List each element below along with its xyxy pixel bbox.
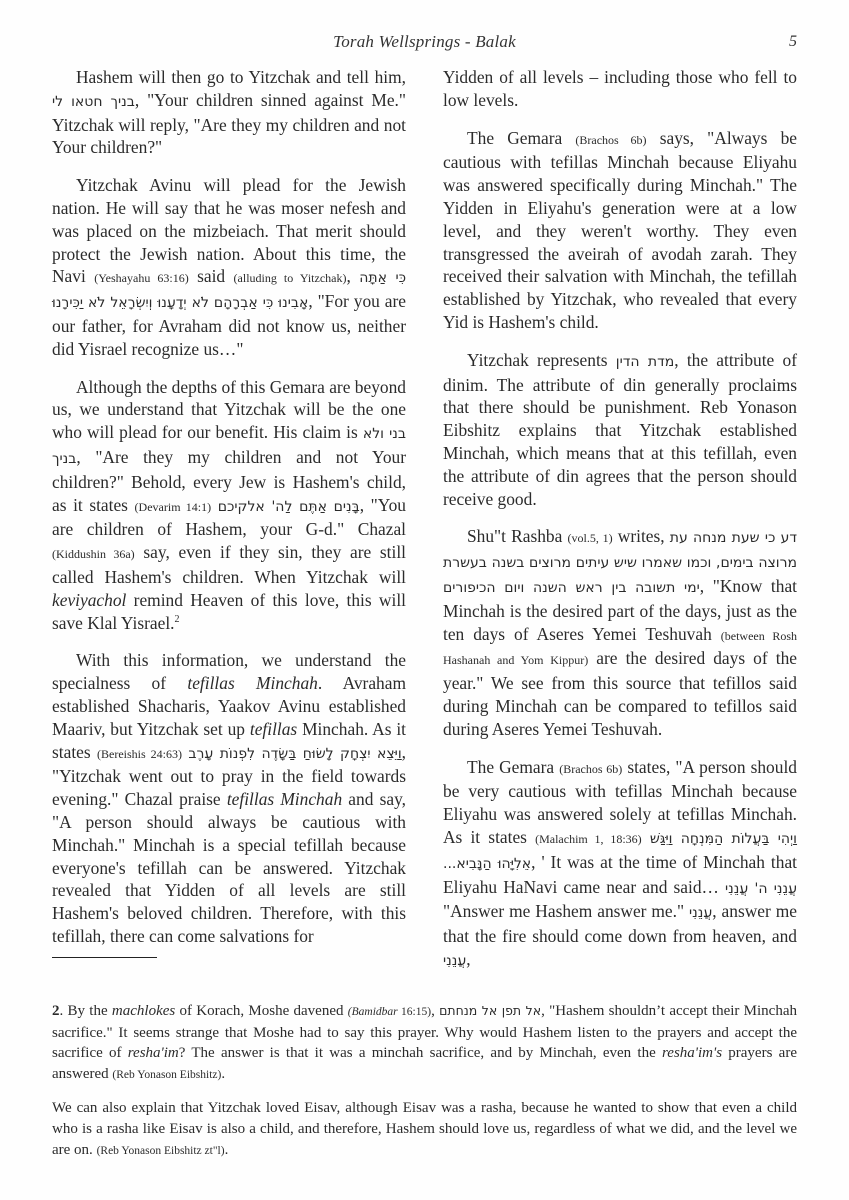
source-citation: (Kiddushin 36a) (52, 547, 135, 561)
source-citation: (Reb Yonason Eibshitz) (112, 1069, 221, 1081)
left-column: Hashem will then go to Yitzchak and tell… (52, 66, 406, 963)
text (211, 495, 218, 515)
text: Yidden of all levels – including those w… (443, 67, 797, 110)
hebrew-quote: בניך חטאו לי (52, 94, 135, 110)
footnote-number: 2 (52, 1003, 60, 1019)
italic-term: resha'im (128, 1045, 179, 1061)
text (642, 827, 650, 847)
text: Yitzchak represents (467, 350, 616, 370)
text: The Gemara (467, 757, 559, 777)
text: and say, "A person should always be caut… (52, 789, 406, 946)
right-column: Yidden of all levels – including those w… (443, 66, 797, 988)
paragraph-continued: Yidden of all levels – including those w… (443, 66, 797, 112)
text: "Answer me Hashem answer me." (443, 901, 689, 921)
page-number: 5 (789, 33, 797, 51)
source-citation: (Brachos 6b) (575, 133, 646, 147)
text: , (347, 266, 360, 286)
footnotes: 2. By the machlokes of Korach, Moshe dav… (52, 1001, 797, 1174)
text: . By the (60, 1003, 112, 1019)
text: of Korach, Moshe davened (175, 1003, 348, 1019)
source-citation: (Reb Yonason Eibshitz zt"l) (97, 1145, 225, 1157)
paragraph: The Gemara (Brachos 6b) states, "A perso… (443, 756, 797, 973)
source-citation: (Brachos 6b) (559, 762, 622, 776)
running-header: Torah Wellsprings - Balak 5 (0, 30, 849, 54)
paragraph: With this information, we understand the… (52, 649, 406, 947)
text: Shu"t Rashba (467, 526, 568, 546)
text: , (431, 1003, 439, 1019)
hebrew-quote: עֲנֵנִי (689, 905, 712, 921)
text: writes, (613, 526, 670, 546)
hebrew-quote: מדת הדין (616, 354, 674, 370)
source-citation: (Devarim 14:1) (135, 500, 212, 514)
hebrew-quote: בָּנִים אַתֶּם לַה' אלקיכם (218, 499, 360, 515)
source-citation: (alluding to Yitzchak) (234, 271, 347, 285)
paragraph: Yitzchak Avinu will plead for the Jewish… (52, 174, 406, 360)
text: ? The answer is that it was a minchah sa… (179, 1045, 662, 1061)
italic-term: tefillas (250, 719, 297, 739)
footnote-2: 2. By the machlokes of Korach, Moshe dav… (52, 1001, 797, 1085)
source-citation: (Malachim 1, 18:36) (535, 832, 642, 846)
paragraph: Hashem will then go to Yitzchak and tell… (52, 66, 406, 159)
book-page: Torah Wellsprings - Balak 5 Hashem will … (0, 0, 849, 1200)
paragraph: The Gemara (Brachos 6b) says, "Always be… (443, 127, 797, 334)
text: Although the depths of this Gemara are b… (52, 377, 406, 443)
paragraph: Although the depths of this Gemara are b… (52, 376, 406, 635)
paragraph: Yitzchak represents מדת הדין, the attrib… (443, 349, 797, 511)
footnote-separator (52, 957, 157, 958)
hebrew-quote: עֲנֵנִי (443, 953, 466, 969)
source-citation: (Bereishis 24:63) (97, 747, 182, 761)
hebrew-quote: וַיֵּצֵא יִצְחָק לָשׂוּחַ בַּשָּׂדֶה לִפ… (188, 746, 401, 762)
hebrew-quote: אל תפן אל מנחתם (439, 1003, 541, 1018)
text: . (225, 1142, 229, 1158)
italic-term: machlokes (112, 1003, 175, 1019)
hebrew-quote: עֲנֵנִי ה' עֲנֵנִי (725, 881, 797, 897)
italic-term: tefillas Minchah (227, 789, 342, 809)
paragraph: Shu"t Rashba (vol.5, 1) writes, דע כי שע… (443, 525, 797, 740)
footnote-marker[interactable]: 2 (175, 614, 180, 625)
italic-term: resha'im's (662, 1045, 722, 1061)
text: . (221, 1066, 225, 1082)
source-citation: 16:15) (398, 1006, 431, 1018)
text: , (466, 949, 470, 969)
text: said (189, 266, 234, 286)
source-citation: (Bamidbar (348, 1006, 398, 1018)
italic-term: keviyachol (52, 590, 126, 610)
text: says, "Always be cautious with tefillas … (443, 128, 797, 332)
source-citation: (vol.5, 1) (568, 531, 613, 545)
italic-term: tefillas Minchah (187, 673, 317, 693)
source-citation: (Yeshayahu 63:16) (94, 271, 189, 285)
text: The Gemara (467, 128, 575, 148)
footnote-2-continued: We can also explain that Yitzchak loved … (52, 1098, 797, 1161)
text: Hashem will then go to Yitzchak and tell… (76, 67, 406, 87)
text: , the attribute of dinim. The attribute … (443, 350, 797, 509)
running-title: Torah Wellsprings - Balak (0, 32, 849, 52)
